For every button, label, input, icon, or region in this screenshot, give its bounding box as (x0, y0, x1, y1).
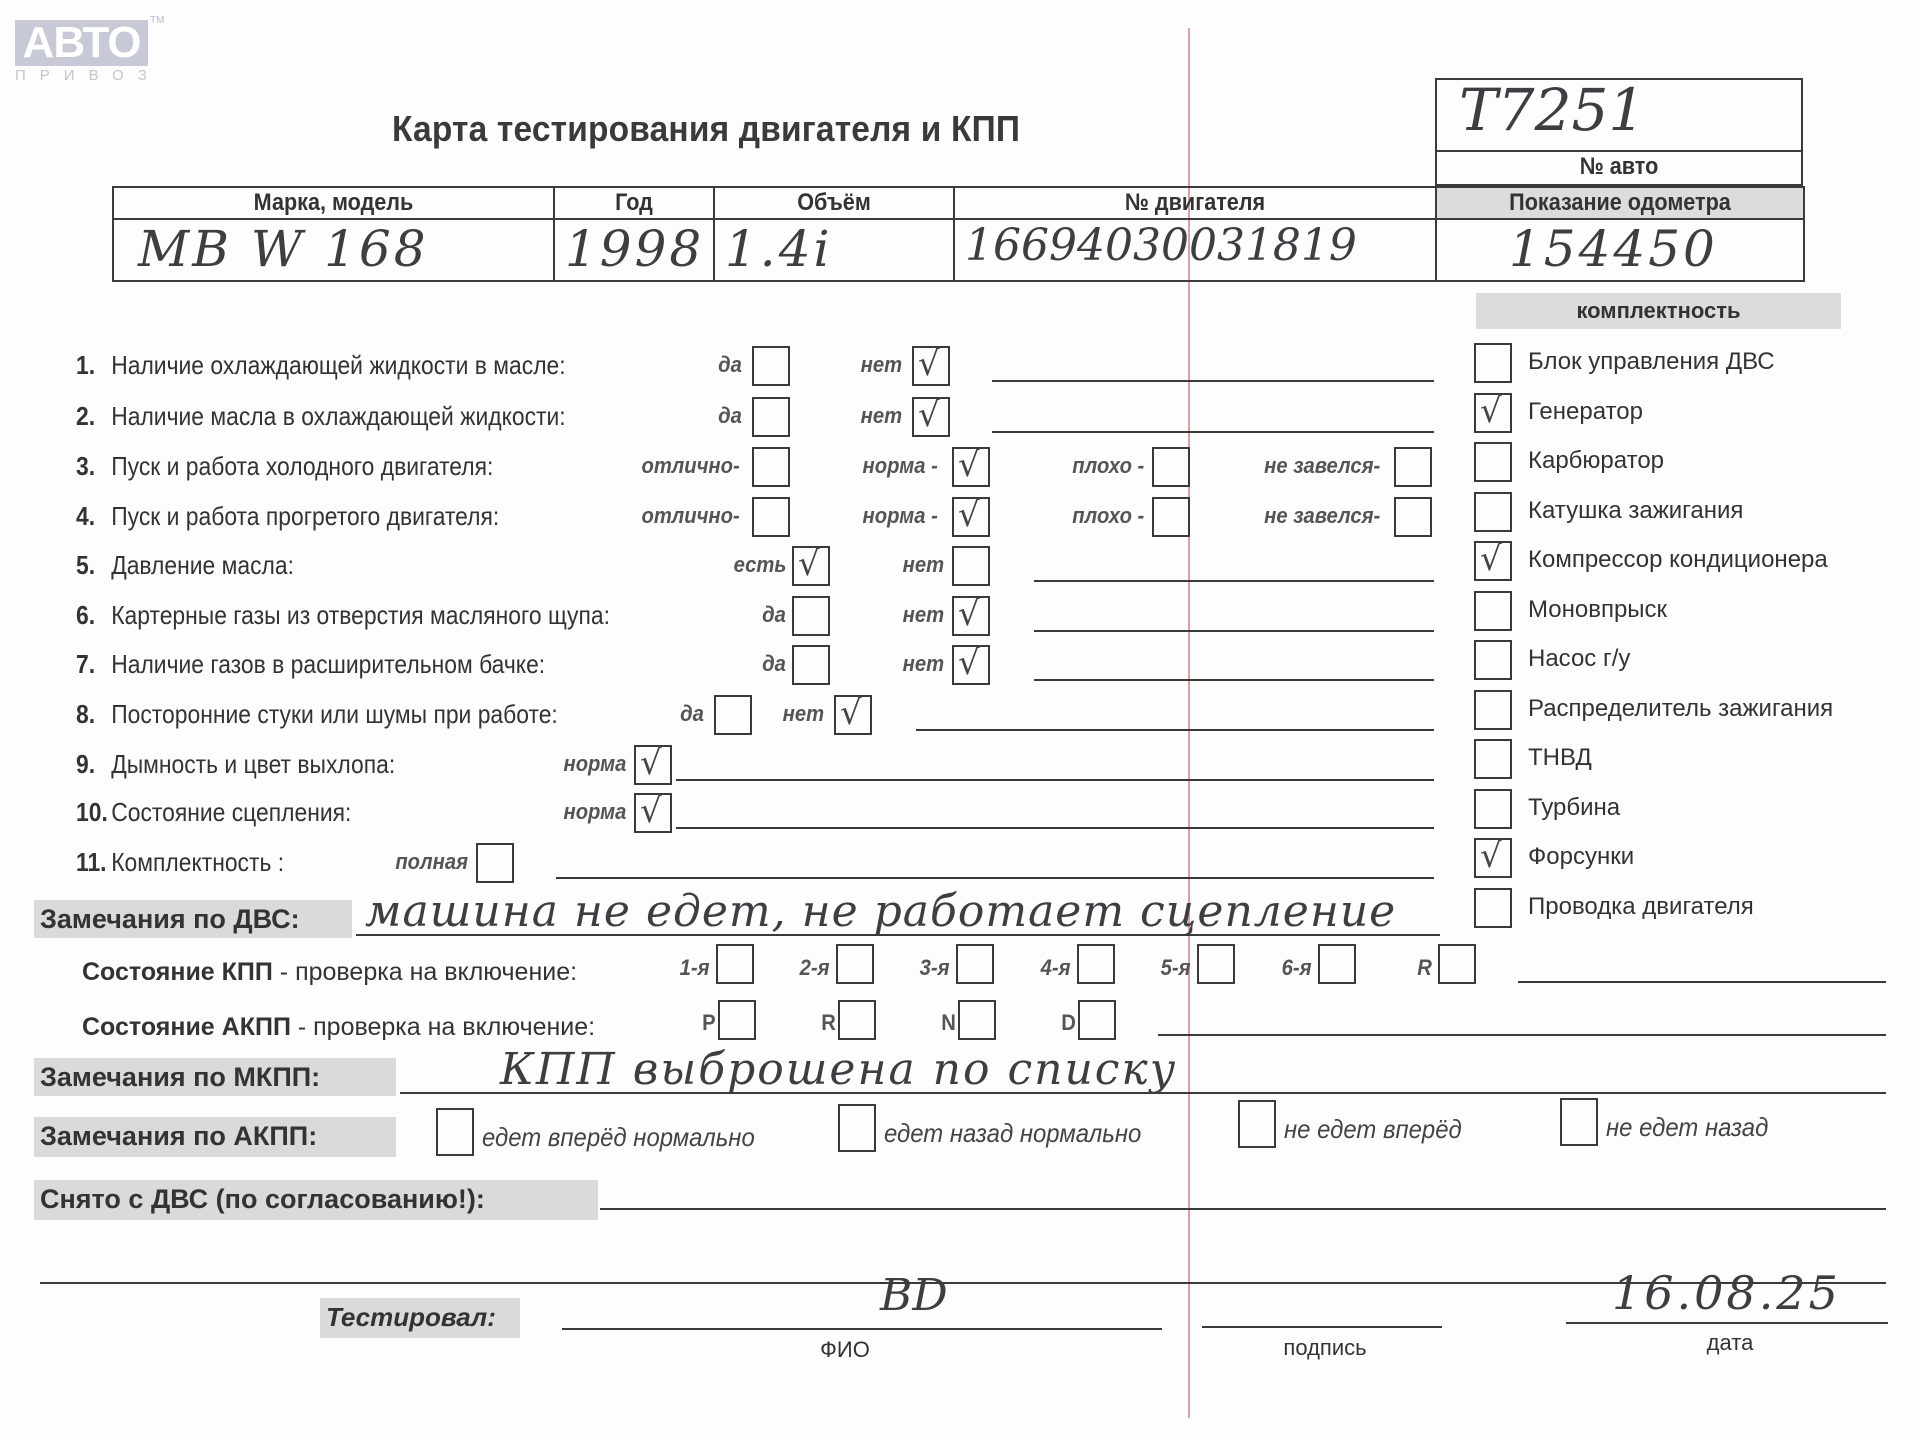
option-label: да (680, 701, 704, 727)
option-label: не завелся- (1264, 453, 1380, 479)
check-row-note-line[interactable] (1034, 630, 1434, 632)
page-title: Карта тестирования двигателя и КПП (392, 108, 1020, 150)
check-row-number: 2. (76, 401, 111, 432)
check-row-number: 8. (76, 699, 111, 730)
car-number-value[interactable]: T7251 (1459, 76, 1645, 144)
check-row-label: 6.Картерные газы из отверстия масляного … (76, 600, 610, 631)
kit-item-label: Генератор (1528, 398, 1643, 426)
option-label: отлично- (642, 453, 740, 479)
gear-label: 4-я (1041, 955, 1071, 981)
check-row-number: 5. (76, 550, 111, 581)
engine-remarks-label: Замечания по ДВС: (34, 900, 352, 938)
option-checkbox[interactable] (792, 596, 830, 636)
option-checkbox[interactable] (752, 497, 790, 537)
option-checkbox[interactable]: √ (952, 645, 990, 685)
option-checkbox[interactable] (714, 695, 752, 735)
kit-checkbox[interactable] (1474, 690, 1512, 730)
check-row-number: 9. (76, 749, 111, 780)
option-checkbox[interactable]: √ (952, 596, 990, 636)
option-checkbox[interactable]: √ (634, 793, 672, 833)
kit-checkbox[interactable] (1474, 739, 1512, 779)
auto-gearbox-label-rest: - проверка на включение: (291, 1013, 595, 1041)
column-value[interactable]: 1998 (565, 220, 704, 278)
akpp-remarks-label: Замечания по АКПП: (34, 1117, 396, 1157)
option-label: да (762, 602, 786, 628)
removed-second-line[interactable] (40, 1282, 1886, 1284)
car-number-label: № авто (1455, 150, 1783, 184)
kit-checkbox[interactable]: √ (1474, 393, 1512, 433)
column-value[interactable]: 1.4i (725, 220, 833, 278)
check-row-number: 4. (76, 501, 111, 532)
option-label: отлично- (642, 503, 740, 529)
column-value[interactable]: MB W 168 (138, 220, 429, 278)
check-row-label: 5.Давление масла: (76, 550, 294, 581)
option-label: нет (783, 701, 824, 727)
gear-checkbox[interactable] (956, 944, 994, 984)
table-value-cell: 154450 (1435, 218, 1805, 282)
tested-by-label: Тестировал: (320, 1298, 520, 1338)
table-value-cell: MB W 168 (112, 218, 555, 282)
check-row-label: 4.Пуск и работа прогретого двигателя: (76, 501, 499, 532)
kit-item-label: Катушка зажигания (1528, 497, 1743, 525)
check-row-label: 2.Наличие масла в охлаждающей жидкости: (76, 401, 566, 432)
check-row-note-line[interactable] (1034, 580, 1434, 582)
akpp-remark-label: едет вперёд нормально (482, 1122, 755, 1153)
check-row-number: 3. (76, 451, 111, 482)
check-row-note-line[interactable] (992, 431, 1434, 433)
option-checkbox[interactable]: √ (834, 695, 872, 735)
car-number-label-cell: № авто (1435, 150, 1803, 186)
column-header: Объём (727, 188, 941, 218)
option-checkbox[interactable]: √ (634, 745, 672, 785)
kit-item-label: Карбюратор (1528, 447, 1664, 475)
akpp-remark-label: не едет назад (1606, 1112, 1768, 1143)
checkmark-icon: √ (1480, 391, 1502, 431)
gear-checkbox[interactable] (1438, 944, 1476, 984)
check-row-label: 11.Комплектность : (76, 847, 284, 878)
checkmark-icon: √ (918, 344, 940, 384)
option-label: есть (733, 552, 786, 578)
date-line[interactable] (1566, 1322, 1888, 1324)
check-row-text: Наличие газов в расширительном бачке: (111, 649, 545, 679)
option-label: нет (903, 552, 944, 578)
table-value-cell: 16694030031819 (953, 218, 1437, 282)
option-checkbox[interactable] (1152, 497, 1190, 537)
option-label: плохо - (1072, 503, 1144, 529)
check-row-label: 8.Посторонние стуки или шумы при работе: (76, 699, 558, 730)
auto-gearbox-label: Состояние АКПП - проверка на включение: (82, 1013, 595, 1042)
option-label: норма - (863, 503, 938, 529)
check-row-note-line[interactable] (676, 827, 1434, 829)
option-label: норма (563, 799, 626, 825)
gear-position-label: P (702, 1010, 716, 1036)
mkpp-remarks-value[interactable]: КПП выброшена по списку (500, 1044, 1177, 1095)
kit-heading: комплектность (1476, 293, 1841, 329)
check-row-number: 7. (76, 649, 111, 680)
option-label: плохо - (1072, 453, 1144, 479)
option-label: полная (395, 849, 468, 875)
manual-gearbox-label: Состояние КПП - проверка на включение: (82, 958, 577, 987)
checkmark-icon: √ (640, 743, 662, 783)
option-label: нет (861, 403, 902, 429)
engine-remarks-value[interactable]: машина не едет, не работает сцепление (365, 886, 1396, 937)
check-row-text: Комплектность : (111, 847, 284, 877)
column-header: Показание одометра (1455, 188, 1784, 218)
kit-item-label: Блок управления ДВС (1528, 348, 1775, 376)
check-row-text: Пуск и работа прогретого двигателя: (111, 501, 499, 531)
option-label: да (718, 352, 742, 378)
option-checkbox[interactable]: √ (912, 346, 950, 386)
check-row-number: 11. (76, 847, 111, 878)
option-checkbox[interactable]: √ (912, 397, 950, 437)
manual-gearbox-note-line[interactable] (1518, 981, 1886, 983)
signature-caption: подпись (1260, 1335, 1390, 1361)
auto-gearbox-label-bold: Состояние АКПП (82, 1013, 291, 1041)
table-header-cell: Год (553, 186, 715, 220)
gear-checkbox[interactable] (1318, 944, 1356, 984)
akpp-remark-checkbox[interactable] (1560, 1098, 1598, 1146)
trademark-mark: TM (150, 15, 164, 26)
gear-checkbox[interactable] (716, 944, 754, 984)
check-row-label: 9.Дымность и цвет выхлопа: (76, 749, 395, 780)
akpp-remark-label: не едет вперёд (1284, 1114, 1462, 1145)
gear-label: 2-я (800, 955, 830, 981)
gear-label: 5-я (1161, 955, 1191, 981)
gear-position-label: R (821, 1010, 836, 1036)
gear-position-label: N (941, 1010, 956, 1036)
checkmark-icon: √ (958, 643, 980, 683)
akpp-remark-label: едет назад нормально (884, 1118, 1141, 1149)
check-row-text: Состояние сцепления: (111, 797, 351, 827)
gear-position-checkbox[interactable] (1078, 1000, 1116, 1040)
kit-checkbox[interactable]: √ (1474, 838, 1512, 878)
manual-gearbox-label-rest: - проверка на включение: (273, 958, 577, 986)
gear-checkbox[interactable] (1077, 944, 1115, 984)
akpp-remark-checkbox[interactable] (838, 1104, 876, 1152)
column-header: № двигателя (979, 188, 1411, 218)
table-value-cell: 1998 (553, 218, 715, 282)
gear-label: 6-я (1282, 955, 1312, 981)
check-row-label: 10.Состояние сцепления: (76, 797, 351, 828)
removed-label: Снято с ДВС (по согласованию!): (34, 1180, 598, 1220)
option-checkbox[interactable] (1152, 447, 1190, 487)
tester-name-caption: ФИО (780, 1337, 910, 1363)
option-checkbox[interactable] (752, 346, 790, 386)
check-row-number: 10. (76, 797, 111, 828)
option-checkbox[interactable] (952, 546, 990, 586)
gear-label: R (1417, 955, 1432, 981)
option-label: норма - (863, 453, 938, 479)
option-label: нет (903, 651, 944, 677)
option-checkbox[interactable] (752, 447, 790, 487)
option-checkbox[interactable] (476, 843, 514, 883)
mkpp-remarks-label: Замечания по МКПП: (34, 1058, 396, 1096)
option-checkbox[interactable] (752, 397, 790, 437)
kit-item-label: ТНВД (1528, 744, 1592, 772)
check-row-number: 1. (76, 350, 111, 381)
kit-item-label: Турбина (1528, 794, 1620, 822)
column-value[interactable]: 154450 (1509, 220, 1718, 278)
checkmark-icon: √ (1480, 836, 1502, 876)
table-value-cell: 1.4i (713, 218, 955, 282)
akpp-remark-checkbox[interactable] (1238, 1100, 1276, 1148)
option-label: да (718, 403, 742, 429)
option-checkbox[interactable] (1394, 497, 1432, 537)
check-row-text: Посторонние стуки или шумы при работе: (111, 699, 558, 729)
kit-item-label: Распределитель зажигания (1528, 695, 1833, 723)
check-row-note-line[interactable] (916, 729, 1434, 731)
gear-label: 3-я (920, 955, 950, 981)
check-row-text: Пуск и работа холодного двигателя: (111, 451, 493, 481)
table-header-cell: № двигателя (953, 186, 1437, 220)
table-header-cell: Показание одометра (1435, 186, 1805, 220)
kit-checkbox[interactable] (1474, 789, 1512, 829)
check-row-note-line[interactable] (992, 380, 1434, 382)
kit-item-label: Проводка двигателя (1528, 893, 1754, 921)
gear-checkbox[interactable] (1197, 944, 1235, 984)
brand-logo: АВТО (15, 20, 148, 66)
gear-checkbox[interactable] (836, 944, 874, 984)
gear-position-checkbox[interactable] (718, 1000, 756, 1040)
gear-position-checkbox[interactable] (958, 1000, 996, 1040)
tester-name-line[interactable] (562, 1328, 1162, 1330)
check-row-number: 6. (76, 600, 111, 631)
check-row-text: Картерные газы из отверстия масляного щу… (111, 600, 610, 630)
option-label: не завелся- (1264, 503, 1380, 529)
kit-item-label: Насос г/у (1528, 645, 1630, 673)
option-checkbox[interactable]: √ (952, 447, 990, 487)
checkmark-icon: √ (958, 495, 980, 535)
kit-checkbox[interactable]: √ (1474, 541, 1512, 581)
check-row-note-line[interactable] (676, 779, 1434, 781)
kit-checkbox[interactable] (1474, 492, 1512, 532)
option-checkbox[interactable]: √ (792, 546, 830, 586)
table-header-cell: Марка, модель (112, 186, 555, 220)
kit-item-label: Компрессор кондиционера (1528, 546, 1828, 574)
checkmark-icon: √ (918, 395, 940, 435)
check-row-text: Давление масла: (111, 550, 294, 580)
checkmark-icon: √ (958, 445, 980, 485)
date-value[interactable]: 16.08.25 (1612, 1266, 1841, 1320)
gear-position-label: D (1061, 1010, 1076, 1036)
checkmark-icon: √ (840, 693, 862, 733)
column-header: Марка, модель (136, 188, 531, 218)
kit-item-label: Моновпрыск (1528, 596, 1667, 624)
manual-gearbox-label-bold: Состояние КПП (82, 958, 273, 986)
table-header-cell: Объём (713, 186, 955, 220)
checkmark-icon: √ (1480, 539, 1502, 579)
kit-checkbox[interactable] (1474, 888, 1512, 928)
kit-checkbox[interactable] (1474, 640, 1512, 680)
gear-position-checkbox[interactable] (838, 1000, 876, 1040)
column-value[interactable]: 16694030031819 (965, 220, 1357, 271)
kit-checkbox[interactable] (1474, 343, 1512, 383)
check-row-note-line[interactable] (1034, 679, 1434, 681)
kit-checkbox[interactable] (1474, 442, 1512, 482)
check-row-label: 3.Пуск и работа холодного двигателя: (76, 451, 493, 482)
option-label: нет (903, 602, 944, 628)
column-header: Год (563, 188, 705, 218)
auto-gearbox-note-line[interactable] (1158, 1034, 1886, 1036)
checkmark-icon: √ (640, 791, 662, 831)
kit-item-label: Форсунки (1528, 843, 1634, 871)
check-row-label: 7.Наличие газов в расширительном бачке: (76, 649, 545, 680)
option-checkbox[interactable]: √ (952, 497, 990, 537)
tester-name-value[interactable]: BD (880, 1270, 948, 1321)
gear-label: 1-я (680, 955, 710, 981)
check-row-label: 1.Наличие охлаждающей жидкости в масле: (76, 350, 566, 381)
removed-underline[interactable] (600, 1208, 1886, 1210)
option-checkbox[interactable] (1394, 447, 1432, 487)
option-checkbox[interactable] (792, 645, 830, 685)
check-row-text: Наличие охлаждающей жидкости в масле: (111, 350, 565, 380)
check-row-text: Дымность и цвет выхлопа: (111, 749, 395, 779)
checkmark-icon: √ (798, 544, 820, 584)
brand-subtitle: ПРИВОЗ (15, 67, 155, 84)
car-number-cell: T7251 (1435, 78, 1803, 152)
kit-checkbox[interactable] (1474, 591, 1512, 631)
option-label: норма (563, 751, 626, 777)
check-row-text: Наличие масла в охлаждающей жидкости: (111, 401, 565, 431)
signature-line[interactable] (1202, 1326, 1442, 1328)
date-caption: дата (1665, 1330, 1795, 1356)
akpp-remark-checkbox[interactable] (436, 1108, 474, 1156)
option-label: нет (861, 352, 902, 378)
option-label: да (762, 651, 786, 677)
checkmark-icon: √ (958, 594, 980, 634)
check-row-note-line[interactable] (556, 877, 1434, 879)
